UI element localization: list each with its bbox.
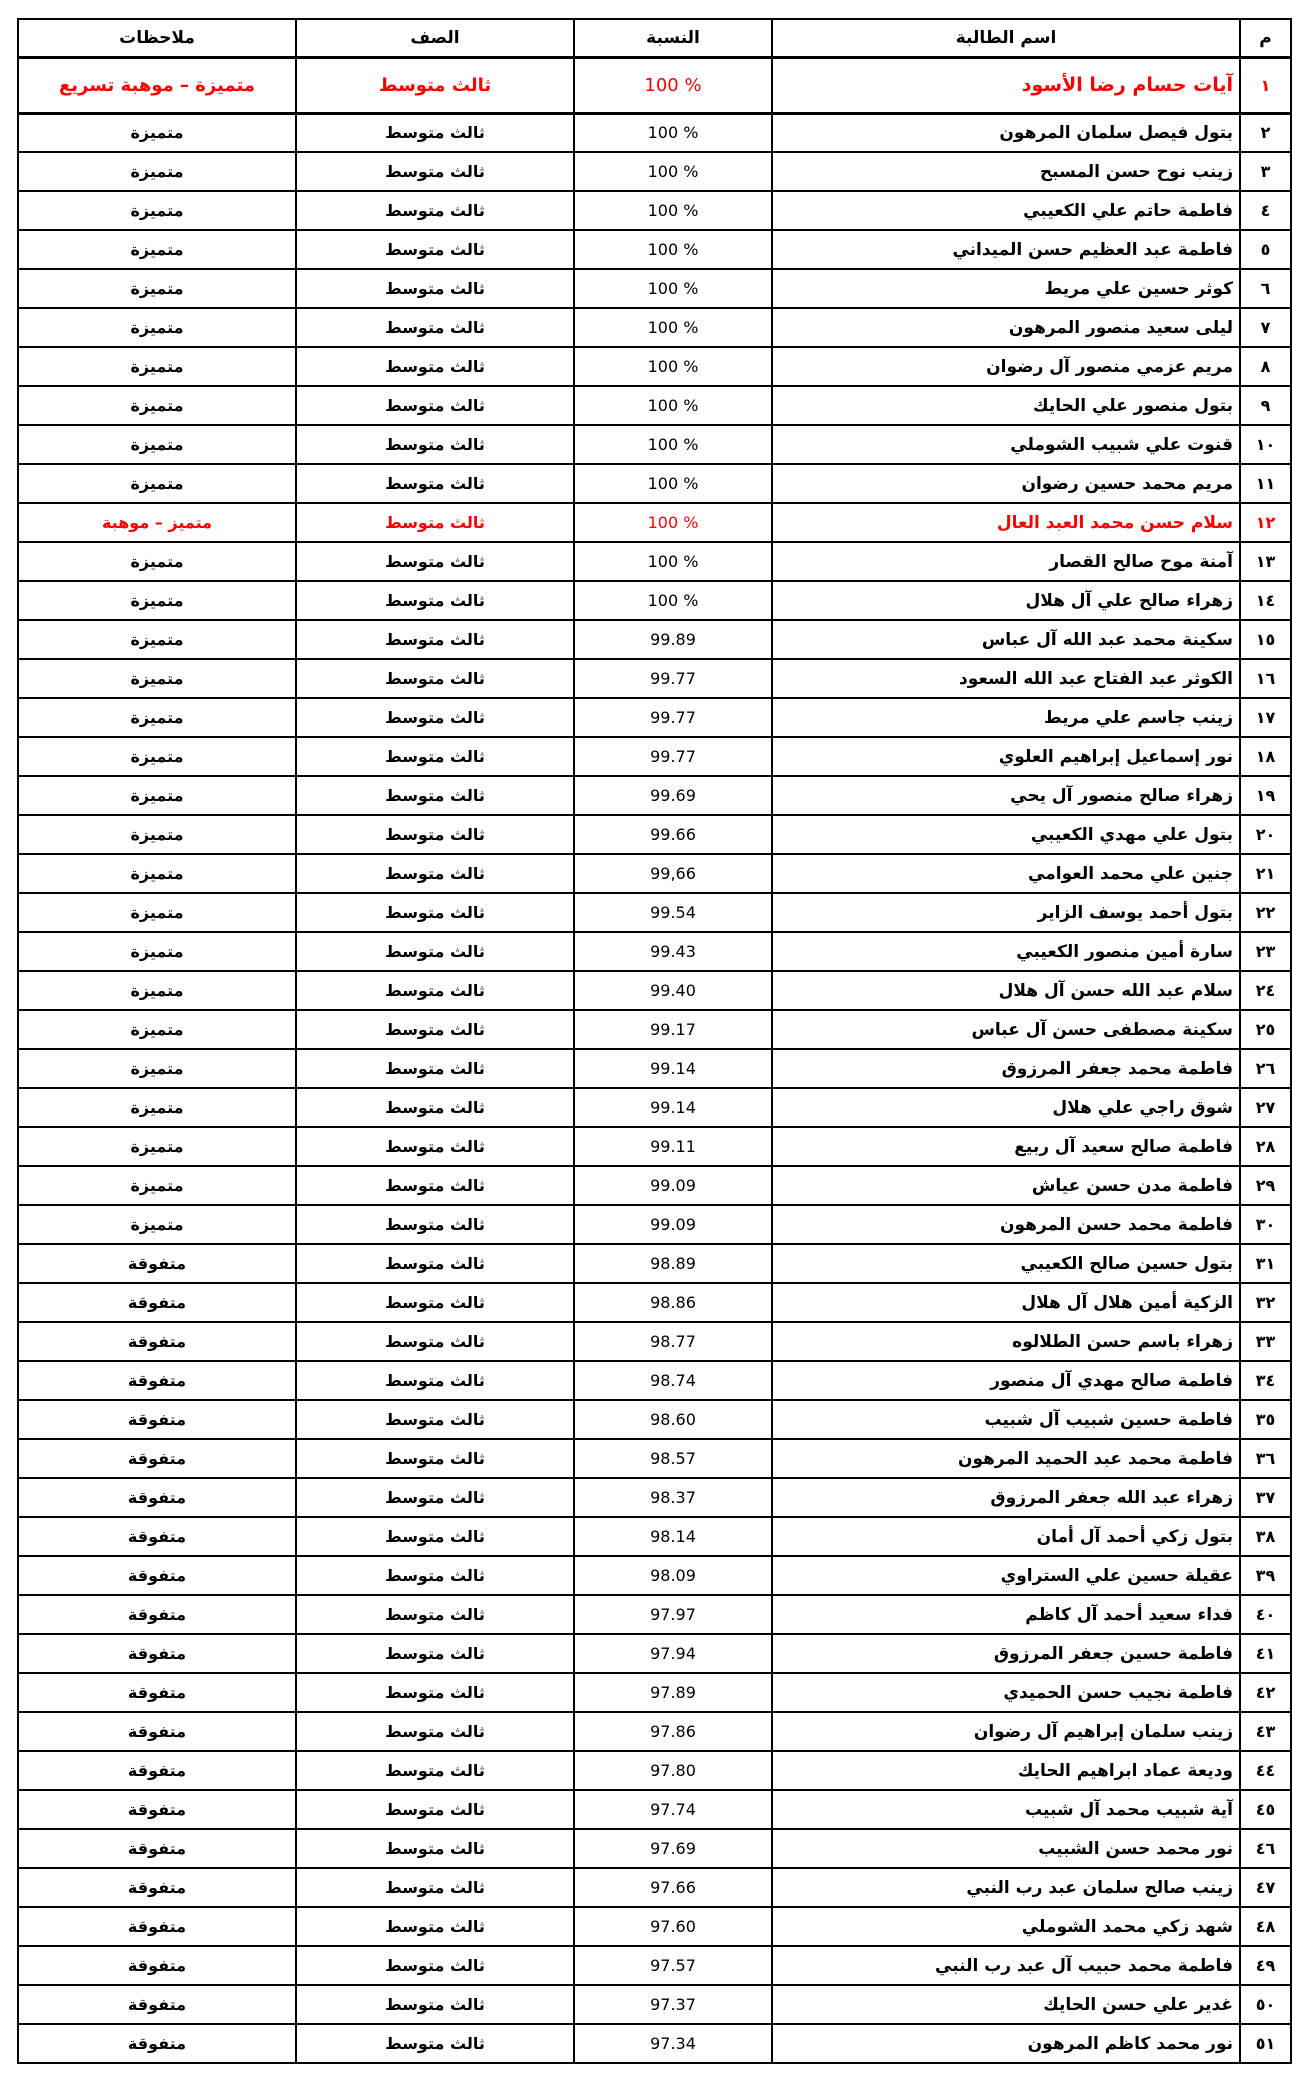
student-name-cell: سارة أمين منصور الكعيبي (772, 932, 1240, 971)
row-number-cell: ٣٨ (1240, 1517, 1291, 1556)
grade-cell: ثالث متوسط (296, 425, 574, 464)
grade-cell: ثالث متوسط (296, 1868, 574, 1907)
row-number-cell: ٤٧ (1240, 1868, 1291, 1907)
row-number-cell: ٤٣ (1240, 1712, 1291, 1751)
notes-cell: متفوقة (18, 2024, 296, 2063)
header-row: م اسم الطالبة النسبة الصف ملاحظات (18, 19, 1291, 57)
student-row: ٢٢بتول أحمد يوسف الزاير99.54ثالث متوسطمت… (18, 893, 1291, 932)
student-name-cell: فاطمة صالح مهدي آل منصور (772, 1361, 1240, 1400)
grade-cell: ثالث متوسط (296, 1712, 574, 1751)
student-row: ٤٨شهد زكي محمد الشوملي97.60ثالث متوسطمتف… (18, 1907, 1291, 1946)
student-row: ١٠قنوت علي شبيب الشوملي100 %ثالث متوسطمت… (18, 425, 1291, 464)
row-number-cell: ٣٥ (1240, 1400, 1291, 1439)
row-number-cell: ١٠ (1240, 425, 1291, 464)
percentage-cell: 99.40 (574, 971, 772, 1010)
row-number-cell: ٤٦ (1240, 1829, 1291, 1868)
grade-cell: ثالث متوسط (296, 1244, 574, 1283)
notes-cell: متميزة (18, 230, 296, 269)
students-results-sheet: م اسم الطالبة النسبة الصف ملاحظات ١آيات … (17, 18, 1292, 2064)
student-row: ٢٧شوق راجي علي هلال99.14ثالث متوسطمتميزة (18, 1088, 1291, 1127)
grade-cell: ثالث متوسط (296, 659, 574, 698)
grade-cell: ثالث متوسط (296, 1322, 574, 1361)
student-row: ٢٨فاطمة صالح سعيد آل ربيع99.11ثالث متوسط… (18, 1127, 1291, 1166)
notes-cell: متميزة (18, 698, 296, 737)
grade-cell: ثالث متوسط (296, 542, 574, 581)
percentage-cell: 97.60 (574, 1907, 772, 1946)
notes-cell: متفوقة (18, 1517, 296, 1556)
percentage-cell: 97.80 (574, 1751, 772, 1790)
students-results-table: م اسم الطالبة النسبة الصف ملاحظات ١آيات … (17, 18, 1292, 2064)
notes-cell: متفوقة (18, 1400, 296, 1439)
row-number-cell: ١٨ (1240, 737, 1291, 776)
notes-cell: متميزة (18, 737, 296, 776)
grade-cell: ثالث متوسط (296, 1439, 574, 1478)
row-number-cell: ٣٢ (1240, 1283, 1291, 1322)
row-number-cell: ٢ (1240, 113, 1291, 152)
row-number-cell: ٤٥ (1240, 1790, 1291, 1829)
row-number-cell: ١٣ (1240, 542, 1291, 581)
student-name-cell: سكينة محمد عبد الله آل عباس (772, 620, 1240, 659)
row-number-cell: ٣١ (1240, 1244, 1291, 1283)
grade-cell: ثالث متوسط (296, 1595, 574, 1634)
notes-cell: متميزة (18, 542, 296, 581)
student-row: ٣٢الزكية أمين هلال آل هلال98.86ثالث متوس… (18, 1283, 1291, 1322)
student-name-cell: نور إسماعيل إبراهيم العلوي (772, 737, 1240, 776)
student-name-cell: نور محمد حسن الشبيب (772, 1829, 1240, 1868)
row-number-cell: ٢٦ (1240, 1049, 1291, 1088)
student-row: ٢٤سلام عبد الله حسن آل هلال99.40ثالث متو… (18, 971, 1291, 1010)
notes-cell: متميزة (18, 893, 296, 932)
grade-cell: ثالث متوسط (296, 1166, 574, 1205)
grade-cell: ثالث متوسط (296, 1010, 574, 1049)
header-grade: الصف (296, 19, 574, 57)
grade-cell: ثالث متوسط (296, 737, 574, 776)
student-name-cell: آيات حسام رضا الأسود (772, 57, 1240, 113)
percentage-cell: 99.14 (574, 1088, 772, 1127)
percentage-cell: 99.77 (574, 698, 772, 737)
notes-cell: متفوقة (18, 1322, 296, 1361)
row-number-cell: ٩ (1240, 386, 1291, 425)
notes-cell: متميزة (18, 464, 296, 503)
notes-cell: متميزة (18, 347, 296, 386)
header-number: م (1240, 19, 1291, 57)
student-name-cell: فاطمة عبد العظيم حسن الميداني (772, 230, 1240, 269)
student-name-cell: وديعة عماد ابراهيم الحايك (772, 1751, 1240, 1790)
student-row: ١٤زهراء صالح علي آل هلال100 %ثالث متوسطم… (18, 581, 1291, 620)
percentage-cell: 100 % (574, 425, 772, 464)
student-name-cell: ليلى سعيد منصور المرهون (772, 308, 1240, 347)
grade-cell: ثالث متوسط (296, 1127, 574, 1166)
percentage-cell: 97.66 (574, 1868, 772, 1907)
row-number-cell: ٢٨ (1240, 1127, 1291, 1166)
student-name-cell: شوق راجي علي هلال (772, 1088, 1240, 1127)
student-name-cell: سلام عبد الله حسن آل هلال (772, 971, 1240, 1010)
notes-cell: متميزة (18, 1127, 296, 1166)
student-row: ٤٩فاطمة محمد حبيب آل عبد رب النبي97.57ثا… (18, 1946, 1291, 1985)
grade-cell: ثالث متوسط (296, 1205, 574, 1244)
student-row: ٤١فاطمة حسين جعفر المرزوق97.94ثالث متوسط… (18, 1634, 1291, 1673)
notes-cell: متميزة (18, 269, 296, 308)
student-row: ٣٧زهراء عبد الله جعفر المرزوق98.37ثالث م… (18, 1478, 1291, 1517)
student-row: ١١مريم محمد حسين رضوان100 %ثالث متوسطمتم… (18, 464, 1291, 503)
grade-cell: ثالث متوسط (296, 854, 574, 893)
grade-cell: ثالث متوسط (296, 191, 574, 230)
grade-cell: ثالث متوسط (296, 2024, 574, 2063)
notes-cell: متميزة (18, 854, 296, 893)
student-name-cell: الكوثر عبد الفتاح عبد الله السعود (772, 659, 1240, 698)
row-number-cell: ٥٠ (1240, 1985, 1291, 2024)
student-row: ٤٣زينب سلمان إبراهيم آل رضوان97.86ثالث م… (18, 1712, 1291, 1751)
percentage-cell: 98.74 (574, 1361, 772, 1400)
percentage-cell: 97.97 (574, 1595, 772, 1634)
row-number-cell: ٢٩ (1240, 1166, 1291, 1205)
student-name-cell: آية شبيب محمد آل شبيب (772, 1790, 1240, 1829)
notes-cell: متفوقة (18, 1634, 296, 1673)
row-number-cell: ٥١ (1240, 2024, 1291, 2063)
row-number-cell: ٢١ (1240, 854, 1291, 893)
notes-cell: متفوقة (18, 1712, 296, 1751)
notes-cell: متميزة (18, 776, 296, 815)
student-name-cell: زهراء صالح علي آل هلال (772, 581, 1240, 620)
student-row: ٣٨بتول زكي أحمد آل أمان98.14ثالث متوسطمت… (18, 1517, 1291, 1556)
student-name-cell: فاطمة محمد جعفر المرزوق (772, 1049, 1240, 1088)
grade-cell: ثالث متوسط (296, 893, 574, 932)
row-number-cell: ٣ (1240, 152, 1291, 191)
student-row: ٤٢فاطمة نجيب حسن الحميدي97.89ثالث متوسطم… (18, 1673, 1291, 1712)
student-name-cell: بتول منصور علي الحايك (772, 386, 1240, 425)
student-name-cell: مريم عزمي منصور آل رضوان (772, 347, 1240, 386)
grade-cell: ثالث متوسط (296, 347, 574, 386)
percentage-cell: 99.54 (574, 893, 772, 932)
student-row: ٦كوثر حسين علي مريط100 %ثالث متوسطمتميزة (18, 269, 1291, 308)
notes-cell: متميزة (18, 581, 296, 620)
row-number-cell: ٢٧ (1240, 1088, 1291, 1127)
student-row: ٣٦فاطمة محمد عبد الحميد المرهون98.57ثالث… (18, 1439, 1291, 1478)
grade-cell: ثالث متوسط (296, 269, 574, 308)
grade-cell: ثالث متوسط (296, 386, 574, 425)
grade-cell: ثالث متوسط (296, 971, 574, 1010)
table-header: م اسم الطالبة النسبة الصف ملاحظات (18, 19, 1291, 57)
student-name-cell: كوثر حسين علي مريط (772, 269, 1240, 308)
percentage-cell: 97.57 (574, 1946, 772, 1985)
grade-cell: ثالث متوسط (296, 57, 574, 113)
notes-cell: متميزة (18, 113, 296, 152)
notes-cell: متفوقة (18, 1790, 296, 1829)
grade-cell: ثالث متوسط (296, 1946, 574, 1985)
grade-cell: ثالث متوسط (296, 698, 574, 737)
notes-cell: متميزة (18, 1166, 296, 1205)
student-name-cell: فاطمة نجيب حسن الحميدي (772, 1673, 1240, 1712)
student-row: ١٩زهراء صالح منصور آل يحي99.69ثالث متوسط… (18, 776, 1291, 815)
student-name-cell: بتول فيصل سلمان المرهون (772, 113, 1240, 152)
percentage-cell: 100 % (574, 581, 772, 620)
student-row: ٣٤فاطمة صالح مهدي آل منصور98.74ثالث متوس… (18, 1361, 1291, 1400)
student-row: ٣١بتول حسين صالح الكعيبي98.89ثالث متوسطم… (18, 1244, 1291, 1283)
row-number-cell: ٤٢ (1240, 1673, 1291, 1712)
grade-cell: ثالث متوسط (296, 1907, 574, 1946)
student-name-cell: فاطمة صالح سعيد آل ربيع (772, 1127, 1240, 1166)
percentage-cell: 99.17 (574, 1010, 772, 1049)
student-row: ٨مريم عزمي منصور آل رضوان100 %ثالث متوسط… (18, 347, 1291, 386)
student-name-cell: زهراء صالح منصور آل يحي (772, 776, 1240, 815)
row-number-cell: ١٢ (1240, 503, 1291, 542)
grade-cell: ثالث متوسط (296, 1673, 574, 1712)
student-name-cell: زينب نوح حسن المسبح (772, 152, 1240, 191)
student-row: ١٨نور إسماعيل إبراهيم العلوي99.77ثالث مت… (18, 737, 1291, 776)
row-number-cell: ٥ (1240, 230, 1291, 269)
grade-cell: ثالث متوسط (296, 1985, 574, 2024)
notes-cell: متميزة – موهبة تسريع (18, 57, 296, 113)
student-name-cell: زينب سلمان إبراهيم آل رضوان (772, 1712, 1240, 1751)
grade-cell: ثالث متوسط (296, 1361, 574, 1400)
row-number-cell: ٣٧ (1240, 1478, 1291, 1517)
notes-cell: متفوقة (18, 1595, 296, 1634)
student-name-cell: بتول أحمد يوسف الزاير (772, 893, 1240, 932)
percentage-cell: 100 % (574, 191, 772, 230)
grade-cell: ثالث متوسط (296, 1400, 574, 1439)
grade-cell: ثالث متوسط (296, 308, 574, 347)
student-name-cell: فاطمة حسين جعفر المرزوق (772, 1634, 1240, 1673)
student-row: ٤٥آية شبيب محمد آل شبيب97.74ثالث متوسطمت… (18, 1790, 1291, 1829)
row-number-cell: ٣٦ (1240, 1439, 1291, 1478)
student-row: ٢٩فاطمة مدن حسن عياش99.09ثالث متوسطمتميز… (18, 1166, 1291, 1205)
percentage-cell: 100 % (574, 542, 772, 581)
notes-cell: متميزة (18, 1010, 296, 1049)
percentage-cell: 100 % (574, 464, 772, 503)
notes-cell: متفوقة (18, 1361, 296, 1400)
notes-cell: متميزة (18, 815, 296, 854)
row-number-cell: ٢٣ (1240, 932, 1291, 971)
student-name-cell: عقيلة حسين علي الستراوي (772, 1556, 1240, 1595)
percentage-cell: 100 % (574, 152, 772, 191)
student-name-cell: فداء سعيد أحمد آل كاظم (772, 1595, 1240, 1634)
percentage-cell: 100 % (574, 269, 772, 308)
percentage-cell: 99.43 (574, 932, 772, 971)
student-row: ١آيات حسام رضا الأسود100 %ثالث متوسطمتمي… (18, 57, 1291, 113)
student-row: ٣٣زهراء باسم حسن الطلالوه98.77ثالث متوسط… (18, 1322, 1291, 1361)
student-row: ٣٥فاطمة حسين شبيب آل شبيب98.60ثالث متوسط… (18, 1400, 1291, 1439)
row-number-cell: ٧ (1240, 308, 1291, 347)
percentage-cell: 97.74 (574, 1790, 772, 1829)
grade-cell: ثالث متوسط (296, 581, 574, 620)
row-number-cell: ٤٠ (1240, 1595, 1291, 1634)
grade-cell: ثالث متوسط (296, 1556, 574, 1595)
student-row: ٤٠فداء سعيد أحمد آل كاظم97.97ثالث متوسطم… (18, 1595, 1291, 1634)
notes-cell: متفوقة (18, 1673, 296, 1712)
student-row: ٢٦فاطمة محمد جعفر المرزوق99.14ثالث متوسط… (18, 1049, 1291, 1088)
row-number-cell: ١٥ (1240, 620, 1291, 659)
student-name-cell: سلام حسن محمد العبد العال (772, 503, 1240, 542)
percentage-cell: 100 % (574, 347, 772, 386)
notes-cell: متفوقة (18, 1829, 296, 1868)
student-row: ٤٧زينب صالح سلمان عبد رب النبي97.66ثالث … (18, 1868, 1291, 1907)
grade-cell: ثالث متوسط (296, 113, 574, 152)
percentage-cell: 100 % (574, 308, 772, 347)
percentage-cell: 100 % (574, 57, 772, 113)
student-row: ٩بتول منصور علي الحايك100 %ثالث متوسطمتم… (18, 386, 1291, 425)
student-name-cell: فاطمة مدن حسن عياش (772, 1166, 1240, 1205)
student-row: ٣٠فاطمة محمد حسن المرهون99.09ثالث متوسطم… (18, 1205, 1291, 1244)
student-name-cell: زينب جاسم علي مريط (772, 698, 1240, 737)
student-row: ٢٣سارة أمين منصور الكعيبي99.43ثالث متوسط… (18, 932, 1291, 971)
student-row: ٢بتول فيصل سلمان المرهون100 %ثالث متوسطم… (18, 113, 1291, 152)
notes-cell: متميزة (18, 1049, 296, 1088)
notes-cell: متميز – موهبة (18, 503, 296, 542)
percentage-cell: 99.89 (574, 620, 772, 659)
student-row: ٤٦نور محمد حسن الشبيب97.69ثالث متوسطمتفو… (18, 1829, 1291, 1868)
notes-cell: متفوقة (18, 1556, 296, 1595)
student-row: ٥فاطمة عبد العظيم حسن الميداني100 %ثالث … (18, 230, 1291, 269)
row-number-cell: ٢٤ (1240, 971, 1291, 1010)
notes-cell: متفوقة (18, 1985, 296, 2024)
row-number-cell: ٨ (1240, 347, 1291, 386)
row-number-cell: ٣٩ (1240, 1556, 1291, 1595)
row-number-cell: ٤٩ (1240, 1946, 1291, 1985)
student-name-cell: زهراء عبد الله جعفر المرزوق (772, 1478, 1240, 1517)
row-number-cell: ٢٥ (1240, 1010, 1291, 1049)
row-number-cell: ٦ (1240, 269, 1291, 308)
notes-cell: متميزة (18, 152, 296, 191)
row-number-cell: ٤١ (1240, 1634, 1291, 1673)
notes-cell: متميزة (18, 932, 296, 971)
student-name-cell: قنوت علي شبيب الشوملي (772, 425, 1240, 464)
row-number-cell: ١٦ (1240, 659, 1291, 698)
percentage-cell: 97.69 (574, 1829, 772, 1868)
percentage-cell: 99.14 (574, 1049, 772, 1088)
percentage-cell: 99.77 (574, 737, 772, 776)
student-row: ٣زينب نوح حسن المسبح100 %ثالث متوسطمتميز… (18, 152, 1291, 191)
student-name-cell: بتول زكي أحمد آل أمان (772, 1517, 1240, 1556)
student-name-cell: مريم محمد حسين رضوان (772, 464, 1240, 503)
notes-cell: متفوقة (18, 1946, 296, 1985)
grade-cell: ثالث متوسط (296, 776, 574, 815)
student-row: ٢٠بتول علي مهدي الكعيبي99.66ثالث متوسطمت… (18, 815, 1291, 854)
row-number-cell: ٣٤ (1240, 1361, 1291, 1400)
percentage-cell: 98.77 (574, 1322, 772, 1361)
grade-cell: ثالث متوسط (296, 1634, 574, 1673)
row-number-cell: ١١ (1240, 464, 1291, 503)
percentage-cell: 99.11 (574, 1127, 772, 1166)
student-name-cell: الزكية أمين هلال آل هلال (772, 1283, 1240, 1322)
grade-cell: ثالث متوسط (296, 1478, 574, 1517)
student-row: ١٢سلام حسن محمد العبد العال100 %ثالث متو… (18, 503, 1291, 542)
grade-cell: ثالث متوسط (296, 1829, 574, 1868)
student-name-cell: نور محمد كاظم المرهون (772, 2024, 1240, 2063)
grade-cell: ثالث متوسط (296, 815, 574, 854)
percentage-cell: 98.14 (574, 1517, 772, 1556)
student-row: ١٦الكوثر عبد الفتاح عبد الله السعود99.77… (18, 659, 1291, 698)
percentage-cell: 98.86 (574, 1283, 772, 1322)
notes-cell: متفوقة (18, 1439, 296, 1478)
student-name-cell: سكينة مصطفى حسن آل عباس (772, 1010, 1240, 1049)
student-name-cell: آمنة موح صالح القصار (772, 542, 1240, 581)
percentage-cell: 98.60 (574, 1400, 772, 1439)
notes-cell: متميزة (18, 425, 296, 464)
percentage-cell: 100 % (574, 113, 772, 152)
percentage-cell: 99.66 (574, 815, 772, 854)
percentage-cell: 98.57 (574, 1439, 772, 1478)
percentage-cell: 99.09 (574, 1205, 772, 1244)
notes-cell: متميزة (18, 620, 296, 659)
student-name-cell: فاطمة محمد حسن المرهون (772, 1205, 1240, 1244)
student-name-cell: زينب صالح سلمان عبد رب النبي (772, 1868, 1240, 1907)
grade-cell: ثالث متوسط (296, 1751, 574, 1790)
row-number-cell: ٢٢ (1240, 893, 1291, 932)
percentage-cell: 97.37 (574, 1985, 772, 2024)
percentage-cell: 97.89 (574, 1673, 772, 1712)
header-notes: ملاحظات (18, 19, 296, 57)
grade-cell: ثالث متوسط (296, 230, 574, 269)
grade-cell: ثالث متوسط (296, 932, 574, 971)
student-row: ١٣آمنة موح صالح القصار100 %ثالث متوسطمتم… (18, 542, 1291, 581)
percentage-cell: 97.94 (574, 1634, 772, 1673)
student-name-cell: فاطمة محمد حبيب آل عبد رب النبي (772, 1946, 1240, 1985)
notes-cell: متفوقة (18, 1478, 296, 1517)
student-name-cell: زهراء باسم حسن الطلالوه (772, 1322, 1240, 1361)
student-name-cell: فاطمة حاتم علي الكعيبي (772, 191, 1240, 230)
percentage-cell: 99.69 (574, 776, 772, 815)
notes-cell: متميزة (18, 1205, 296, 1244)
percentage-cell: 99,66 (574, 854, 772, 893)
percentage-cell: 99.77 (574, 659, 772, 698)
row-number-cell: ١ (1240, 57, 1291, 113)
student-name-cell: بتول علي مهدي الكعيبي (772, 815, 1240, 854)
student-name-cell: بتول حسين صالح الكعيبي (772, 1244, 1240, 1283)
notes-cell: متفوقة (18, 1868, 296, 1907)
grade-cell: ثالث متوسط (296, 1517, 574, 1556)
row-number-cell: ٤٨ (1240, 1907, 1291, 1946)
notes-cell: متفوقة (18, 1283, 296, 1322)
notes-cell: متميزة (18, 386, 296, 425)
grade-cell: ثالث متوسط (296, 1088, 574, 1127)
grade-cell: ثالث متوسط (296, 1790, 574, 1829)
grade-cell: ثالث متوسط (296, 1283, 574, 1322)
notes-cell: متفوقة (18, 1244, 296, 1283)
percentage-cell: 97.86 (574, 1712, 772, 1751)
grade-cell: ثالث متوسط (296, 464, 574, 503)
percentage-cell: 98.37 (574, 1478, 772, 1517)
percentage-cell: 98.89 (574, 1244, 772, 1283)
row-number-cell: ١٧ (1240, 698, 1291, 737)
grade-cell: ثالث متوسط (296, 152, 574, 191)
student-row: ٢٥سكينة مصطفى حسن آل عباس99.17ثالث متوسط… (18, 1010, 1291, 1049)
row-number-cell: ٢٠ (1240, 815, 1291, 854)
notes-cell: متفوقة (18, 1751, 296, 1790)
notes-cell: متميزة (18, 659, 296, 698)
student-name-cell: فاطمة حسين شبيب آل شبيب (772, 1400, 1240, 1439)
header-percentage: النسبة (574, 19, 772, 57)
student-row: ١٥سكينة محمد عبد الله آل عباس99.89ثالث م… (18, 620, 1291, 659)
row-number-cell: ٣٠ (1240, 1205, 1291, 1244)
student-name-cell: فاطمة محمد عبد الحميد المرهون (772, 1439, 1240, 1478)
student-row: ٧ليلى سعيد منصور المرهون100 %ثالث متوسطم… (18, 308, 1291, 347)
student-row: ٤فاطمة حاتم علي الكعيبي100 %ثالث متوسطمت… (18, 191, 1291, 230)
percentage-cell: 100 % (574, 503, 772, 542)
percentage-cell: 98.09 (574, 1556, 772, 1595)
row-number-cell: ١٤ (1240, 581, 1291, 620)
percentage-cell: 97.34 (574, 2024, 772, 2063)
student-row: ١٧زينب جاسم علي مريط99.77ثالث متوسطمتميز… (18, 698, 1291, 737)
notes-cell: متميزة (18, 308, 296, 347)
notes-cell: متميزة (18, 1088, 296, 1127)
header-student-name: اسم الطالبة (772, 19, 1240, 57)
student-row: ٢١جنين علي محمد العوامي99,66ثالث متوسطمت… (18, 854, 1291, 893)
student-row: ٥٠غدير علي حسن الحايك97.37ثالث متوسطمتفو… (18, 1985, 1291, 2024)
grade-cell: ثالث متوسط (296, 1049, 574, 1088)
row-number-cell: ٤٤ (1240, 1751, 1291, 1790)
percentage-cell: 100 % (574, 230, 772, 269)
student-name-cell: جنين علي محمد العوامي (772, 854, 1240, 893)
